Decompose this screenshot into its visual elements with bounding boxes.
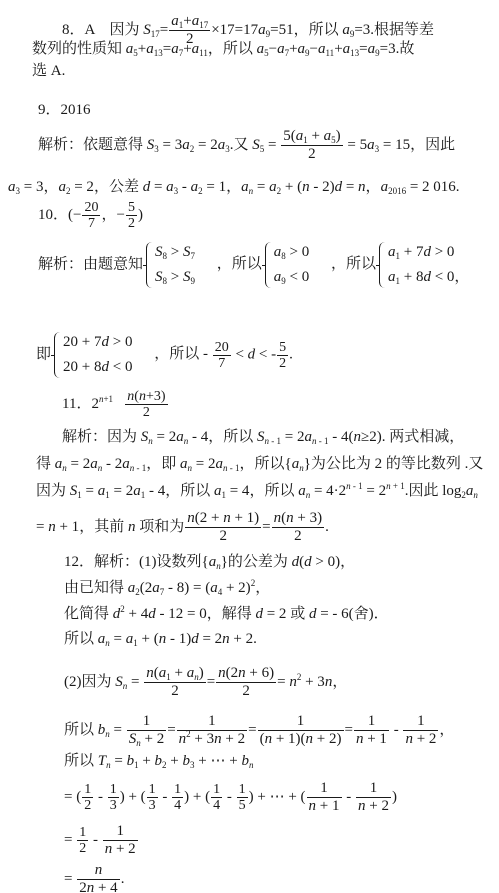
q12-line4: 所以 an = a1 + (n - 1)d = 2n + 2.: [64, 630, 257, 648]
system-brace: a8 > 0a9 < 0: [262, 240, 309, 290]
q11-line4: = n + 1，其前 n 项和为n(2 + n + 1)2=n(n + 3)2.: [36, 510, 329, 545]
system-brace: 20 + 7d > 020 + 8d < 0: [51, 330, 132, 380]
q12-line8: = (12 - 13) + (13 - 14) + (14 - 15) + ⋯ …: [64, 780, 397, 815]
q9-line1: 解析：依题意得 S3 = 3a2 = 2a3.又 S5 = 5(a1 + a5)…: [38, 128, 455, 163]
q8-line2: 数列的性质知 a5+a13=a7+a11，所以 a5−a7+a9−a11+a13…: [32, 40, 414, 58]
q12-line7: 所以 Tn = b1 + b2 + b3 + ⋯ + bn: [64, 752, 253, 770]
q10-answer: 10．(−207，−52): [38, 200, 143, 231]
fraction: 5(a1 + a5)2: [281, 128, 342, 163]
q12-line3: 化简得 d2 + 4d - 12 = 0，解得 d = 2 或 d = - 6(…: [64, 605, 389, 623]
system-brace: a1 + 7d > 0a1 + 8d < 0，: [376, 240, 469, 290]
q9-line2: a3 = 3，a2 = 2，公差 d = a3 - a2 = 1，an = a2…: [8, 178, 460, 196]
system-brace: S8 > S7S8 > S9: [143, 240, 195, 290]
q12-line9: = 12 - 1n + 2: [64, 823, 139, 858]
q12-line6: 所以 bn = 1Sn + 2=1n2 + 3n + 2=1(n + 1)(n …: [64, 713, 454, 748]
q9-answer: 9．2016: [38, 101, 91, 119]
q11-line1: 解析：因为 Sn = 2an - 4，所以 Sn - 1 = 2an - 1 -…: [62, 428, 464, 446]
q11-line2: 得 an = 2an - 2an - 1，即 an = 2an - 1，所以{a…: [36, 455, 483, 473]
q10-line1: 解析：由题意知S8 > S7S8 > S9 ，所以a8 > 0a9 < 0 ，所…: [38, 240, 469, 290]
q12-line1: 12．解析：(1)设数列{an}的公差为 d(d > 0)，: [64, 553, 355, 571]
q12-line2: 由已知得 a2(2a7 - 8) = (a4 + 2)2，: [64, 579, 270, 597]
q12-line10: = n2n + 4.: [64, 862, 124, 893]
q11-line3: 因为 S1 = a1 = 2a1 - 4，所以 a1 = 4，所以 an = 4…: [36, 482, 478, 500]
q11-answer: 11．2n+1 n(n+3)2: [62, 389, 169, 420]
q12-line5: (2)因为 Sn = n(a1 + an)2=n(2n + 6)2= n2 + …: [64, 665, 347, 700]
q8-line3: 选 A.: [32, 62, 65, 80]
q10-line2: 即20 + 7d > 020 + 8d < 0 ，所以 - 207 < d < …: [36, 330, 293, 380]
